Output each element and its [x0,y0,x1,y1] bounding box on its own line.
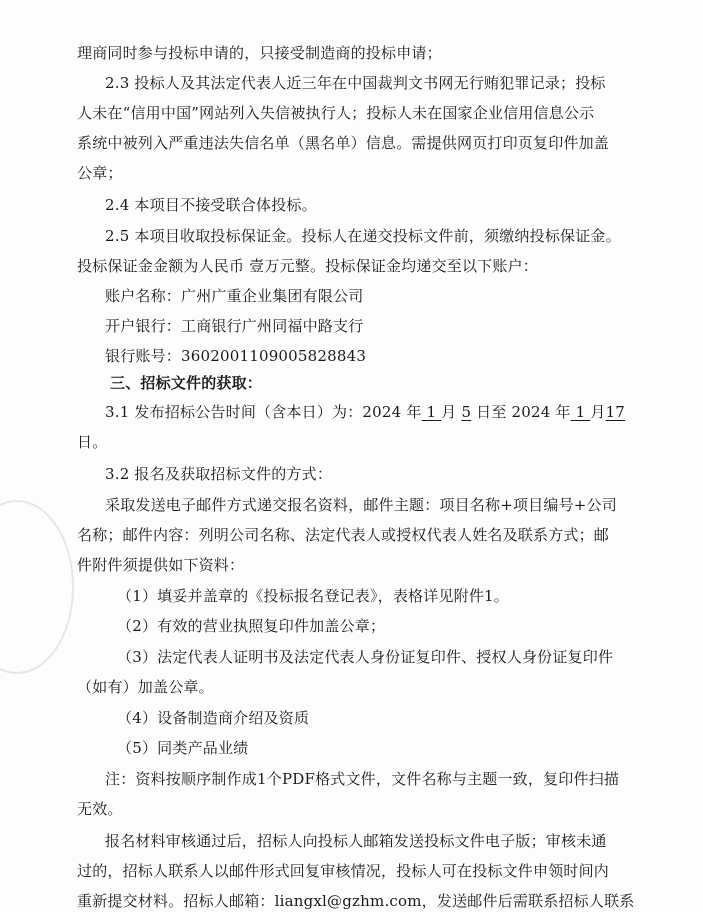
text-line: 系统中被列入严重违法失信名单（黑名单）信息。需提供网页打印页复印件加盖 [77,128,637,158]
account-name: 账户名称：广州广重企业集团有限公司 [105,281,665,311]
clause-3-2: 3.2 报名及获取招标文件的方式： [105,459,665,489]
text-line: 投标保证金金额为人民币 壹万元整。投标保证金均递交至以下账户： [77,251,637,281]
text-line: 报名材料审核通过后，招标人向投标人邮箱发送投标文件电子版；审核未通 [105,826,665,856]
text-line: 采取发送电子邮件方式递交报名资料，邮件主题：项目名称+项目编号+公司 [105,490,665,520]
faded-seal-stamp [0,500,74,674]
account-number: 银行账号：3602001109005828843 [105,341,665,371]
text-line: 理商同时参与投标申请的，只接受制造商的投标申请； [77,38,637,68]
bank-name: 开户银行：工商银行广州同福中路支行 [105,311,665,341]
email-line: 重新提交材料。招标人邮箱：liangxl@gzhm.com，发送邮件后需联系招标… [77,886,637,913]
text-line: 件附件须提供如下资料： [77,550,637,580]
document-page: 理商同时参与投标申请的，只接受制造商的投标申请； 2.3 投标人及其法定代表人近… [0,0,703,913]
list-item-4: （4）设备制造商介绍及资质 [117,703,677,733]
list-item-1: （1）填妥并盖章的《投标报名登记表》，表格详见附件1。 [117,581,677,611]
period-prefix: 3.1 发布招标公告时间（含本日）为：2024 年 [105,403,422,421]
note-line: 注：资料按顺序制作成1个PDF格式文件，文件名称与主题一致，复印件扫描 [105,764,665,794]
text-line: （如有）加盖公章。 [77,672,637,702]
end-day: 17 [606,403,626,421]
list-item-2: （2）有效的营业执照复印件加盖公章； [117,611,677,641]
clause-2-3: 2.3 投标人及其法定代表人近三年在中国裁判文书网无行贿犯罪记录；投标 [105,68,665,98]
month-label: 月 [441,403,456,421]
text-line: 过的，招标人联系人以邮件形式回复审核情况，投标人可在投标文件申领时间内 [77,856,637,886]
list-item-3: （3）法定代表人证明书及法定代表人身份证复印件、授权人身份证复印件 [117,642,677,672]
clause-2-5: 2.5 本项目收取投标保证金。投标人在递交投标文件前，须缴纳投标保证金。 [105,221,665,251]
month-label: 月 [590,403,605,421]
text-line: 名称；邮件内容：列明公司名称、法定代表人或授权代表人姓名及联系方式；邮 [77,520,637,550]
clause-3-1: 3.1 发布招标公告时间（含本日）为：2024 年 1 月 5 日至 2024 … [105,397,665,427]
start-day: 5 [461,403,471,421]
text-line: 无效。 [77,794,637,824]
text-line: 人未在“信用中国”网站列入失信被执行人；投标人未在国家企业信用信息公示 [77,98,637,128]
clause-2-4: 2.4 本项目不接受联合体投标。 [105,190,665,220]
period-mid: 日至 2024 年 [476,403,571,421]
end-month: 1 [571,403,591,421]
section-heading-3: 三、招标文件的获取： [110,368,670,398]
list-item-5: （5）同类产品业绩 [117,733,677,763]
text-line: 日。 [77,427,637,457]
start-month: 1 [422,403,442,421]
text-line: 公章； [77,158,637,188]
